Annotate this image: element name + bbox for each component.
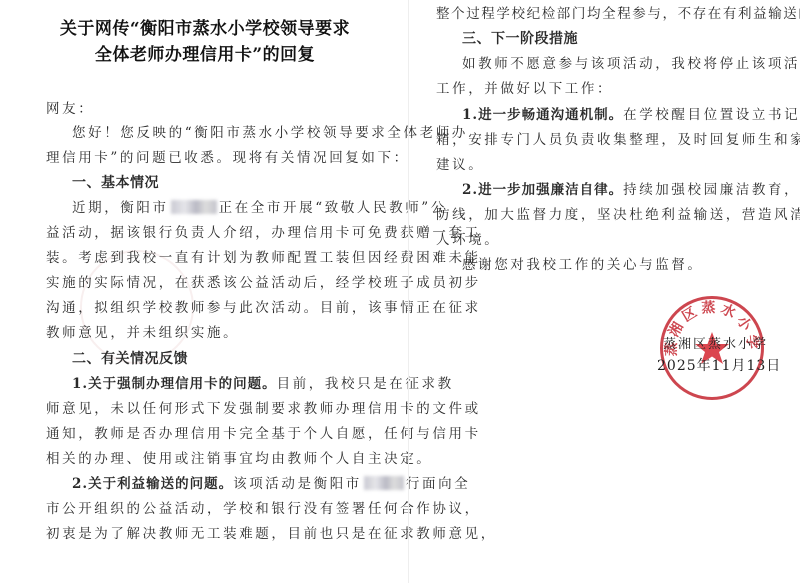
section3-item2-line-1: 2.进一步加强廉洁自律。持续加强校园廉洁教育，筑牢思想 <box>462 181 800 199</box>
section3-intro-line-2: 工作，并做好以下工作： <box>436 80 613 98</box>
section3-item1-line-1: 1.进一步畅通沟通机制。在学校醒目位置设立书记校长信 <box>462 106 800 124</box>
section1-line-1-pre: 近期，衡阳市 <box>72 200 169 216</box>
title-line-1: 关于网传“衡阳市蒸水小学校领导要求 <box>0 16 410 42</box>
title-line-2: 全体老师办理信用卡”的回复 <box>0 42 410 68</box>
section3-item1-line-3: 建议。 <box>436 156 484 174</box>
section3-item2-title: 2.进一步加强廉洁自律。 <box>462 182 623 198</box>
document-title: 关于网传“衡阳市蒸水小学校领导要求 全体老师办理信用卡”的回复 <box>0 16 410 68</box>
section3-heading: 三、下一阶段措施 <box>462 30 578 48</box>
salutation: 网友： <box>46 100 94 118</box>
section1-heading: 一、基本情况 <box>72 174 159 192</box>
section1-line-6: 教师意见，并未组织实施。 <box>46 324 239 342</box>
closing-line: 感谢您对我校工作的关心与监督。 <box>462 256 704 274</box>
section3-item1-title: 1.进一步畅通沟通机制。 <box>462 107 623 123</box>
section3-item2-text: 持续加强校园廉洁教育，筑牢思想 <box>623 182 800 198</box>
page-divider <box>408 0 409 583</box>
section2-item1-line-4: 相关的办理、使用或注销事宜均由教师个人自主决定。 <box>46 450 432 468</box>
section3-item1-text: 在学校醒目位置设立书记校长信 <box>623 107 800 123</box>
section2-item2-line-4: 整个过程学校纪检部门均全程参与，不存在有利益输送的问题。 <box>436 5 800 23</box>
redacted-bank-name-2 <box>364 476 404 490</box>
section3-item2-line-3: 人环境。 <box>436 231 500 249</box>
section2-item1-title: 1.关于强制办理信用卡的问题。 <box>72 376 277 392</box>
section2-item2-text-pre: 该项活动是衡阳市 <box>233 476 362 492</box>
section1-line-1: 近期，衡阳市正在全市开展“致敬人民教师”公 <box>72 199 447 217</box>
intro-line-2: 理信用卡”的问题已收悉。现将有关情况回复如下： <box>46 149 410 167</box>
signature: 蒸湘区蒸水小学 <box>663 333 768 352</box>
document-page-left: 关于网传“衡阳市蒸水小学校领导要求 全体老师办理信用卡”的回复 网友： 您好！您… <box>0 0 410 583</box>
section2-heading: 二、有关情况反馈 <box>72 350 188 368</box>
section2-item2-title: 2.关于利益输送的问题。 <box>72 476 233 492</box>
section3-item1-line-2: 箱，安排专门人员负责收集整理，及时回复师生和家长的意见 <box>436 131 800 149</box>
redacted-bank-name <box>171 200 217 214</box>
document-date: 2025年11月13日 <box>657 355 781 375</box>
section3-intro-line-1: 如教师不愿意参与该项活动，我校将停止该项活动的后续 <box>462 55 800 73</box>
section2-item1-line-1: 1.关于强制办理信用卡的问题。目前，我校只是在征求教 <box>72 375 454 393</box>
section3-item2-line-2: 防线，加大监督力度，坚决杜绝利益输送，营造风清气正的育 <box>436 206 800 224</box>
